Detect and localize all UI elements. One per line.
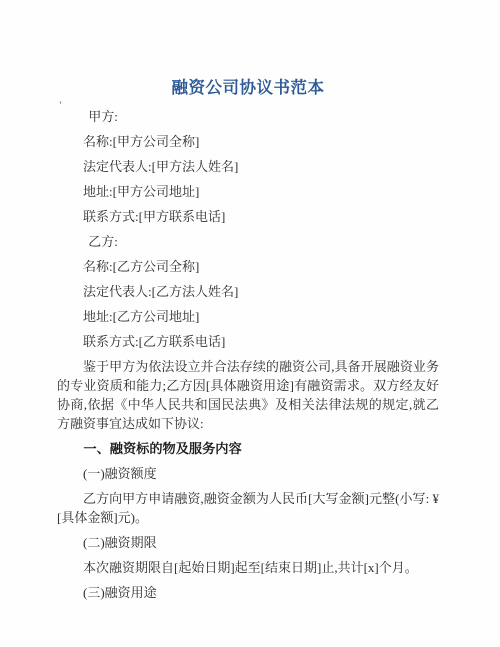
party-b-role-label: 乙方:	[57, 232, 439, 251]
party-b-name-line: 名称:[乙方公司全称]	[57, 257, 439, 276]
party-a-name-line: 名称:[甲方公司全称]	[57, 132, 439, 151]
party-a-address-line: 地址:[甲方公司地址]	[57, 182, 439, 201]
document-page: ' 融资公司协议书范本 甲方: 名称:[甲方公司全称] 法定代表人:[甲方法人姓…	[0, 0, 500, 647]
party-a-contact-line: 联系方式:[甲方联系电话]	[57, 207, 439, 226]
party-b-address-line: 地址:[乙方公司地址]	[57, 307, 439, 326]
clause-2-body: 本次融资期限自[起始日期]起至[结束日期]止,共计[x]个月。	[57, 558, 439, 577]
clause-2-label: (二)融资期限	[57, 533, 439, 552]
clause-1-label: (一)融资额度	[57, 464, 439, 483]
section-1-heading: 一、融资标的物及服务内容	[57, 439, 439, 458]
party-a-legal-rep-line: 法定代表人:[甲方法人姓名]	[57, 157, 439, 176]
clause-3-label: (三)融资用途	[57, 583, 439, 602]
party-b-contact-line: 联系方式:[乙方联系电话]	[57, 332, 439, 351]
document-content: 融资公司协议书范本 甲方: 名称:[甲方公司全称] 法定代表人:[甲方法人姓名]…	[57, 74, 439, 608]
clause-1-body: 乙方向甲方申请融资,融资金额为人民币[大写金额]元整(小写: ¥[具体金额]元)…	[57, 489, 439, 527]
preamble-paragraph: 鉴于甲方为依法设立并合法存续的融资公司,具备开展融资业务的专业资质和能力;乙方因…	[57, 357, 439, 433]
party-b-legal-rep-line: 法定代表人:[乙方法人姓名]	[57, 282, 439, 301]
document-title: 融资公司协议书范本	[57, 74, 439, 98]
party-a-role-label: 甲方:	[57, 107, 439, 126]
